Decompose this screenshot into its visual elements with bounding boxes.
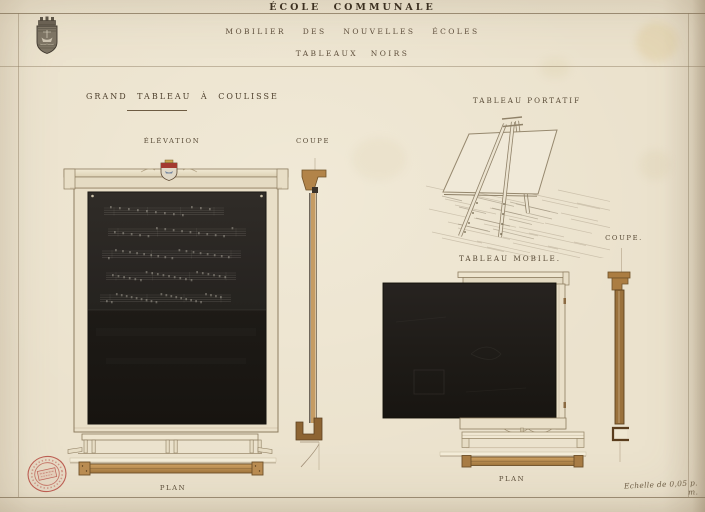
- plate-title: ÉCOLE COMMUNALE: [0, 2, 705, 13]
- tableau-mobile-section: [600, 244, 640, 469]
- grand-tableau-elevation: [56, 158, 296, 488]
- mobile-blackboard-surface: [383, 283, 556, 418]
- section-rule: [0, 66, 705, 67]
- right-margin-rule: [688, 13, 689, 497]
- grand-tableau-title-underline: [127, 110, 187, 111]
- grand-plan-label: PLAN: [143, 484, 203, 492]
- mobile-chalk-rail-plan: [440, 452, 586, 467]
- mobile-section-board: [615, 290, 624, 424]
- mobile-chalk-rail-elevation: [462, 428, 584, 448]
- grand-tableau-title: GRAND TABLEAU À COULISSE: [86, 92, 256, 101]
- plate-series: MOBILIER DES NOUVELLES ÉCOLES: [0, 27, 705, 36]
- grand-tableau-section: [292, 158, 332, 473]
- mobile-plan-label: PLAN: [482, 475, 542, 483]
- elevation-label: ÉLÉVATION: [132, 137, 212, 145]
- left-margin-rule: [18, 13, 19, 497]
- tableau-mobile-elevation: [376, 262, 588, 472]
- chalk-rail-plan: [70, 458, 276, 475]
- paper-stain: [540, 58, 570, 78]
- bottom-rule: [0, 497, 705, 498]
- grand-coupe-label: COUPE: [293, 137, 333, 145]
- floor-hatch: [426, 186, 610, 258]
- mobile-coupe-label: COUPE.: [604, 234, 644, 242]
- drawing-sheet: ÉCOLE COMMUNALE MOBILIER DES NOUVELLES É…: [0, 0, 705, 512]
- section-slide-track: [309, 193, 317, 423]
- scale-note: Echelle de 0,05 p. m.: [622, 478, 699, 499]
- tableau-mobile-title: TABLEAU MOBILE.: [450, 254, 570, 263]
- plate-subject: TABLEAUX NOIRS: [0, 49, 705, 58]
- mobile-section-cornice: [608, 272, 630, 290]
- header-rule: [0, 13, 705, 14]
- mobile-bottom-rail: [460, 418, 566, 429]
- paper-stain: [640, 150, 670, 180]
- tableau-portatif-sketch: [420, 108, 610, 258]
- archive-stamp-icon: [24, 453, 70, 497]
- tableau-portatif-title: TABLEAU PORTATIF: [467, 96, 587, 105]
- paper-stain: [352, 138, 406, 180]
- section-console-bracket: [300, 442, 319, 470]
- scan-edge-shadow: [692, 0, 705, 512]
